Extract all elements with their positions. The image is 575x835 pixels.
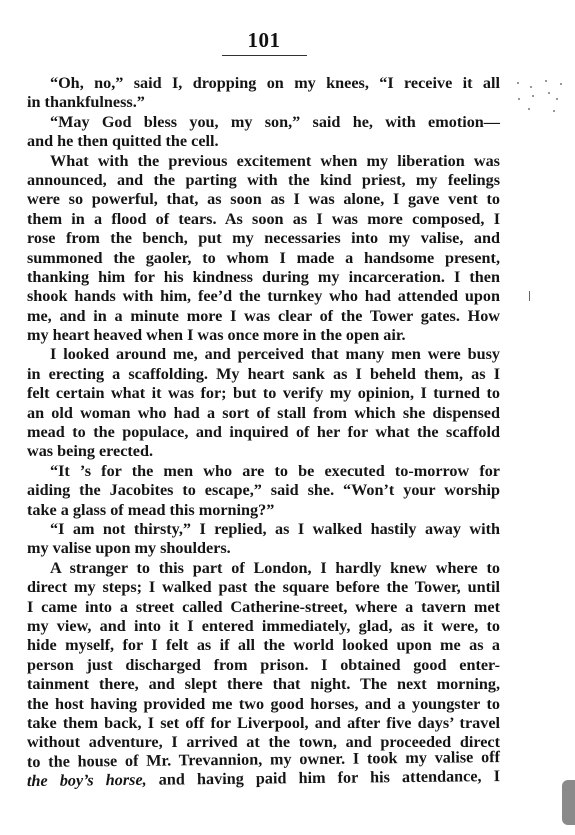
page-number: 101 [0,28,528,53]
text-line: me, and in a minute more I was clear of … [27,307,500,326]
text-line: my heart heaved when I was once more in … [27,326,500,345]
text-line: the host having provided me two good hor… [27,695,500,714]
text-line: A stranger to this part of London, I har… [27,559,500,578]
text-line: my valise upon my shoulders. [27,539,500,558]
text-line: thanking him for his kindness during my … [27,268,500,287]
scan-speck [530,86,532,88]
text-line: “Oh, no,” said I, dropping on my knees, … [27,74,500,93]
body-text: “Oh, no,” said I, dropping on my knees, … [27,74,500,791]
text-line: I came into a street called Catherine-st… [27,598,500,617]
scan-speck [560,83,562,85]
text-line: an old woman who had a sort of stall fro… [27,404,500,423]
text-line: person just discharged from prison. I ob… [27,656,500,675]
italic-text: the boy’s horse, [27,771,147,790]
text-line: take them back, I set off for Liverpool,… [27,714,500,733]
text-line: them in a flood of tears. As soon as I w… [27,210,500,229]
scan-edge-blot [562,780,575,825]
scan-speck [545,80,547,82]
text-line: mead to the populace, and inquired of he… [27,423,500,442]
text-line: in thankfulness.” [27,93,500,112]
text-line: shook hands with him, fee’d the turnkey … [27,287,500,306]
header-rule [222,55,307,56]
scan-speck [528,108,530,110]
scan-speck [548,92,550,94]
scan-speck [517,82,519,84]
scan-speck [518,98,520,100]
text-line: my view, and into it I entered immediate… [27,617,500,636]
scan-speck [556,98,558,100]
text-line: direct my steps; I walked past the squar… [27,578,500,597]
text-line: aiding the Jacobites to escape,” said sh… [27,481,500,500]
text-line: “It ’s for the men who are to be execute… [27,462,500,481]
text-line: summoned the gaoler, to whom I made a ha… [27,249,500,268]
scan-speck [532,95,534,97]
text-line: announced, and the parting with the kind… [27,171,500,190]
text-line: I looked around me, and perceived that m… [27,345,500,364]
text-line: felt certain what it was for; but to ver… [27,384,500,403]
text-line: “May God bless you, my son,” said he, wi… [27,113,500,132]
text-run: and having paid him for his attendance, … [147,767,500,789]
text-line: take a glass of mead this morning?” [27,501,500,520]
text-line: tainment there, and slept there that nig… [27,675,500,694]
text-line: hide myself, for I felt as if all the wo… [27,636,500,655]
text-line: the boy’s horse, and having paid him for… [27,767,500,791]
scan-speck [553,110,555,112]
text-line: What with the previous excitement when m… [27,152,500,171]
text-line: were so powerful, that, as soon as I was… [27,190,500,209]
scan-mark [529,291,530,301]
text-line: and he then quitted the cell. [27,132,500,151]
text-line: was being erected. [27,442,500,461]
text-line: rose from the bench, put my necessaries … [27,229,500,248]
text-line: in erecting a scaffolding. My heart sank… [27,365,500,384]
text-line: “I am not thirsty,” I replied, as I walk… [27,520,500,539]
book-page: 101 “Oh, no,” said I, dropping on my kne… [0,0,575,835]
